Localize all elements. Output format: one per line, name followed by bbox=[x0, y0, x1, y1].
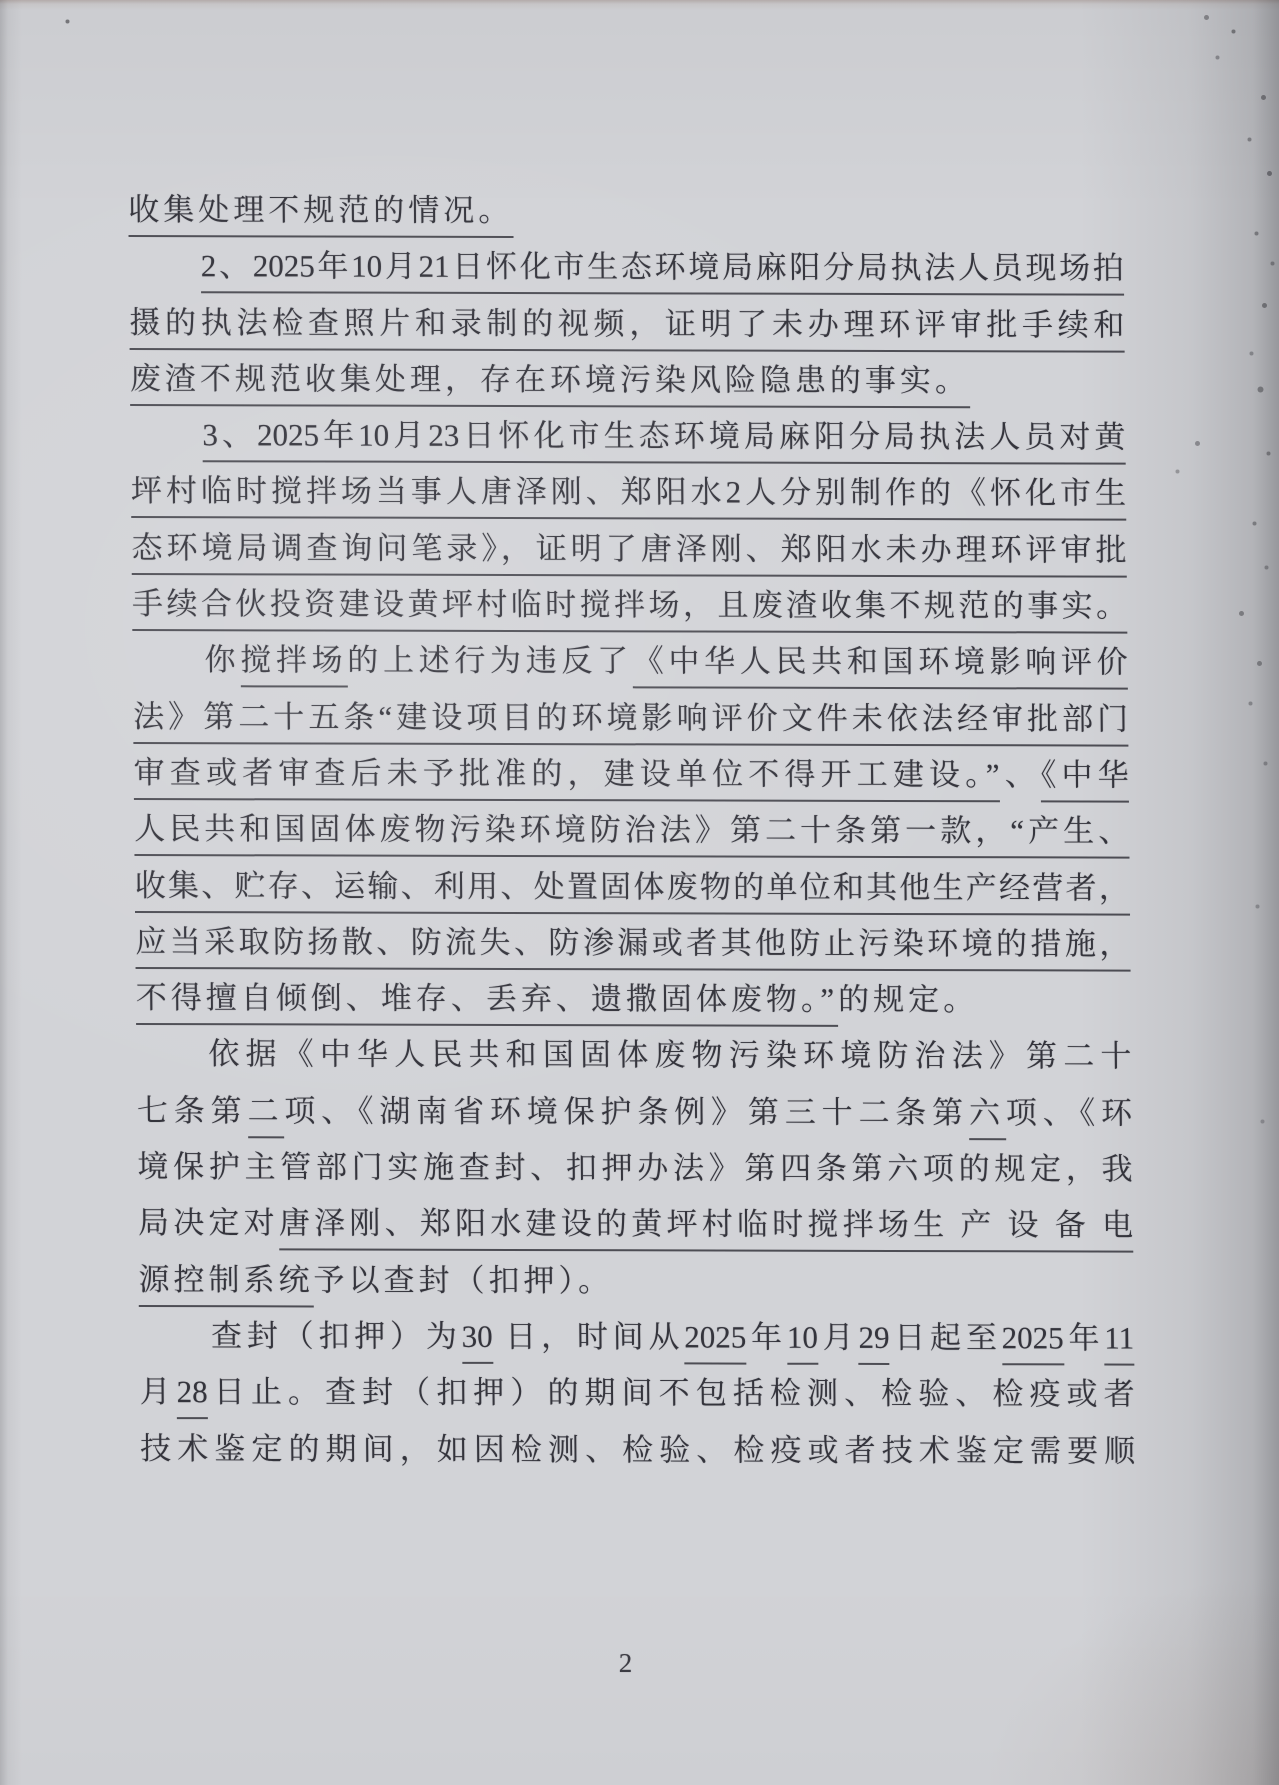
filled-blank-text: 手续合伙投资建设黄坪村临时搅拌场，且废渣收集不规范的事实。 bbox=[132, 586, 1127, 634]
printed-text: 日，时间从 bbox=[493, 1319, 685, 1355]
document-line: 3、2025年10月23日怀化市生态环境局麻阳分局执法人员对黄 bbox=[130, 407, 1126, 466]
filled-blank-text: 3、2025年10月23日怀化市生态环境局麻阳分局执法人员对黄 bbox=[202, 417, 1125, 464]
printed-text: 技术鉴定的期间，如因检测、检验、检疫或者技术鉴定需要顺 bbox=[140, 1431, 1135, 1469]
document-line: 依据《中华人民共和国固体废物污染环境防治法》第二十 bbox=[136, 1026, 1132, 1085]
printed-text: 日起至 bbox=[889, 1320, 1002, 1355]
filled-blank-text: 2025 bbox=[1002, 1320, 1064, 1365]
filled-blank-text: 人民共和国固体废物污染环境防治法》第二十条第一款，“产生、 bbox=[134, 811, 1129, 859]
filled-blank-text: 态环境局调查询问笔录》，证明了唐泽刚、郑阳水未办理环评审批 bbox=[131, 530, 1126, 578]
printed-text: 局决定对 bbox=[138, 1205, 279, 1240]
filled-blank-text: 《中华 bbox=[1041, 757, 1129, 802]
filled-blank-text: 28 bbox=[177, 1374, 208, 1419]
filled-blank-text: 法》第二十五条“建设项目的环境影响评价文件未依法经审批部门 bbox=[133, 699, 1128, 747]
printed-text: 境保护主管部门实施查封、扣押办法》第四条第六项的规定，我 bbox=[137, 1149, 1132, 1187]
filled-blank-text: 10 bbox=[787, 1320, 818, 1365]
printed-text: 的上述行为违反了 bbox=[347, 643, 633, 679]
filled-blank-text: 不得擅自倾倒、堆存、丢弃、遗撒固体废物。” bbox=[136, 980, 839, 1027]
document-line: 收集、贮存、运输、利用、处置固体废物的单位和其他生产经营者， bbox=[134, 858, 1130, 917]
filled-blank-text: 2、2025年10月21日怀化市生态环境局麻阳分局执法人员现场拍 bbox=[201, 248, 1124, 295]
scan-noise-speckles bbox=[0, 0, 3, 3]
document-page: 收集处理不规范的情况。2、2025年10月21日怀化市生态环境局麻阳分局执法人员… bbox=[0, 0, 1279, 1785]
document-line: 收集处理不规范的情况。 bbox=[128, 182, 1124, 241]
document-line: 七条第二项、《湖南省环境保护条例》第三十二条第六项、《环 bbox=[137, 1083, 1133, 1142]
document-line: 废渣不规范收集处理，存在环境污染风险隐患的事实。 bbox=[130, 351, 1126, 410]
filled-blank-text: 废渣不规范收集处理，存在环境污染风险隐患的事实。 bbox=[130, 361, 970, 408]
document-line: 人民共和国固体废物污染环境防治法》第二十条第一款，“产生、 bbox=[134, 801, 1130, 860]
printed-text: 予以查封（扣押）。 bbox=[313, 1262, 613, 1298]
filled-blank-text: 搅拌场 bbox=[240, 643, 347, 688]
printed-text: 日止。查封（扣押）的期间不包括检测、检验、检疫或者 bbox=[208, 1374, 1135, 1411]
printed-text: 七条第 bbox=[137, 1093, 248, 1128]
document-body: 收集处理不规范的情况。2、2025年10月21日怀化市生态环境局麻阳分局执法人员… bbox=[128, 182, 1135, 1479]
printed-text: 你 bbox=[204, 643, 240, 678]
document-line: 境保护主管部门实施查封、扣押办法》第四条第六项的规定，我 bbox=[137, 1139, 1133, 1198]
printed-text: 年 bbox=[1064, 1320, 1105, 1355]
filled-blank-text: 2025 bbox=[684, 1319, 746, 1364]
printed-text: 项、《湖南省环境保护条例》第三十二条第 bbox=[284, 1093, 969, 1130]
printed-text: 查封（扣押）为 bbox=[211, 1318, 462, 1354]
document-line: 2、2025年10月21日怀化市生态环境局麻阳分局执法人员现场拍 bbox=[129, 238, 1125, 297]
document-line: 局决定对唐泽刚、郑阳水建设的黄坪村临时搅拌场生 产 设 备 电 bbox=[138, 1195, 1134, 1254]
filled-blank-text: 审查或者审查后未予批准的，建设单位不得开工建设。” bbox=[134, 755, 1000, 802]
document-line: 摄的执法检查照片和录制的视频，证明了未办理环评审批手续和 bbox=[129, 295, 1125, 354]
filled-blank-text: 唐泽刚、郑阳水建设的黄坪村临时搅拌场生 产 设 备 电 bbox=[279, 1206, 1134, 1253]
document-line: 态环境局调查询问笔录》，证明了唐泽刚、郑阳水未办理环评审批 bbox=[131, 520, 1127, 579]
filled-blank-text: 收集处理不规范的情况。 bbox=[128, 192, 513, 238]
filled-blank-text: 摄的执法检查照片和录制的视频，证明了未办理环评审批手续和 bbox=[129, 305, 1124, 353]
printed-text: 的规定。 bbox=[838, 982, 978, 1017]
filled-blank-text: 29 bbox=[858, 1320, 889, 1365]
filled-blank-text: 二 bbox=[247, 1093, 284, 1138]
document-line: 应当采取防扬散、防流失、防渗漏或者其他防止污染环境的措施， bbox=[135, 914, 1131, 973]
filled-blank-text: 应当采取防扬散、防流失、防渗漏或者其他防止污染环境的措施， bbox=[135, 924, 1130, 972]
document-line: 不得擅自倾倒、堆存、丢弃、遗撒固体废物。”的规定。 bbox=[136, 970, 1132, 1029]
filled-blank-text: 11 bbox=[1104, 1320, 1134, 1365]
filled-blank-text: 六 bbox=[969, 1095, 1006, 1140]
filled-blank-text: 30 bbox=[462, 1319, 493, 1364]
printed-text: 月 bbox=[818, 1320, 859, 1355]
filled-blank-text: 《中华人民共和国环境影响评价 bbox=[633, 644, 1128, 690]
printed-text: 月 bbox=[139, 1374, 176, 1409]
filled-blank-text: 源控制系统 bbox=[138, 1262, 313, 1307]
document-line: 源控制系统予以查封（扣押）。 bbox=[138, 1252, 1134, 1311]
printed-text: 依据《中华人民共和国固体废物污染环境防治法》第二十 bbox=[208, 1037, 1131, 1074]
document-line: 你搅拌场的上述行为违反了《中华人民共和国环境影响评价 bbox=[132, 632, 1128, 691]
filled-blank-text: 收集、贮存、运输、利用、处置固体废物的单位和其他生产经营者， bbox=[135, 868, 1130, 916]
page-number: 2 bbox=[128, 1648, 1123, 1679]
printed-text: 年 bbox=[746, 1320, 787, 1355]
document-line: 查封（扣押）为30 日，时间从2025年10月29日起至2025年11 bbox=[139, 1308, 1135, 1367]
document-line: 坪村临时搅拌场当事人唐泽刚、郑阳水2人分别制作的《怀化市生 bbox=[131, 463, 1127, 522]
printed-text: 项、《环 bbox=[1006, 1095, 1132, 1130]
printed-text: 、 bbox=[999, 757, 1041, 792]
filled-blank-text: 坪村临时搅拌场当事人唐泽刚、郑阳水2人分别制作的《怀化市生 bbox=[131, 473, 1126, 521]
document-line: 技术鉴定的期间，如因检测、检验、检疫或者技术鉴定需要顺 bbox=[140, 1421, 1136, 1480]
document-line: 法》第二十五条“建设项目的环境影响评价文件未依法经审批部门 bbox=[133, 689, 1129, 748]
document-line: 手续合伙投资建设黄坪村临时搅拌场，且废渣收集不规范的事实。 bbox=[132, 576, 1128, 635]
document-line: 月28日止。查封（扣押）的期间不包括检测、检验、检疫或者 bbox=[139, 1364, 1135, 1423]
document-line: 审查或者审查后未予批准的，建设单位不得开工建设。”、《中华 bbox=[133, 745, 1129, 804]
